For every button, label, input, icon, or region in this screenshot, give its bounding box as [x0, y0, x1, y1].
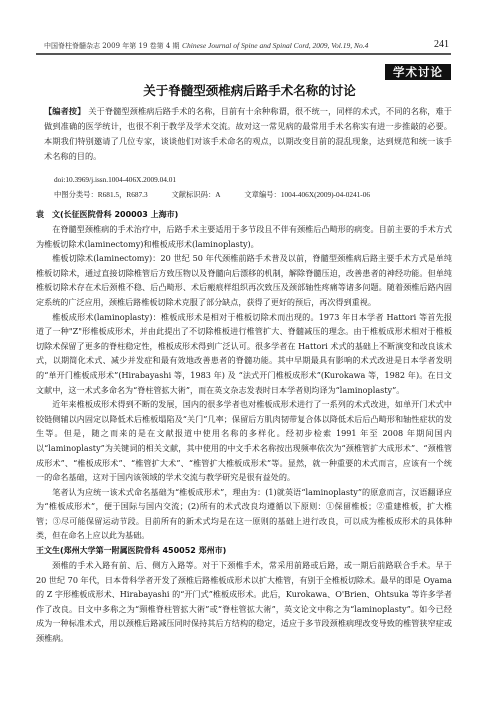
section-body-1: 在脊髓型颈椎病的手术治疗中，后路手术主要适用于多节段且不伴有颈椎后凸畸形的病变。…	[36, 222, 452, 543]
section-author-1: 袁 文(长征医院骨科 200003 上海市)	[36, 209, 178, 220]
paragraph: 颈椎的手术入路有前、后、侧方入路等。对于下颈椎手术，常采用前路或后路，或一期后前…	[36, 558, 452, 646]
doi: doi:10.3969/j.issn.1004-406X.2009.04.01	[54, 175, 176, 184]
section-body-2: 颈椎的手术入路有前、后、侧方入路等。对于下颈椎手术，常采用前路或后路，或一期后前…	[36, 558, 452, 646]
editor-note-label: 【编者按】	[44, 106, 85, 116]
document-code: 文献标识码：A	[171, 190, 220, 199]
article-title: 关于脊髓型颈椎病后路手术名称的讨论	[0, 81, 499, 99]
journal-name-cn: 中国脊柱脊髓杂志 2009 年第 19 卷第 4 期	[44, 41, 180, 51]
header-rule	[36, 53, 451, 55]
paragraph: 近年来椎板成形术得到不断的发展，国内的很多学者也对椎板成形术进行了一系列的术式改…	[36, 397, 452, 485]
paragraph: 笔者认为应统一该术式命名基础为“椎板成形术”，理由为：(1)就英语“lamino…	[36, 485, 452, 543]
section-author-2: 王文生(郑州大学第一附属医院骨科 450052 郑州市)	[36, 545, 226, 556]
editor-note-text: 关于脊髓型颈椎病后路手术的名称，目前有十余种称谓，很不统一，同样的术式，不同的名…	[44, 106, 452, 161]
section-badge: 学术讨论	[385, 64, 451, 80]
classification-line: 中图分类号：R681.5，R687.3 文献标识码：A 文章编号：1004-40…	[54, 190, 392, 200]
paragraph: 在脊髓型颈椎病的手术治疗中，后路手术主要适用于多节段且不伴有颈椎后凸畸形的病变。…	[36, 222, 452, 251]
paragraph: 椎板成形术(laminoplasty)：椎板成形术是相对于椎板切除术而出现的。1…	[36, 310, 452, 398]
article-number: 文章编号：1004-406X(2009)-04-0241-06	[244, 190, 370, 199]
clc-number: 中图分类号：R681.5，R687.3	[54, 190, 148, 199]
editor-note: 【编者按】关于脊髓型颈椎病后路手术的名称，目前有十余种称谓，很不统一，同样的术式…	[44, 104, 452, 164]
running-header: 中国脊柱脊髓杂志 2009 年第 19 卷第 4 期 Chinese Journ…	[44, 38, 451, 52]
journal-name-en: Chinese Journal of Spine and Spinal Cord…	[182, 41, 368, 50]
paragraph: 椎板切除术(laminectomy)：20 世纪 50 年代颈椎前路手术普及以前…	[36, 251, 452, 309]
page-number: 241	[434, 39, 449, 50]
